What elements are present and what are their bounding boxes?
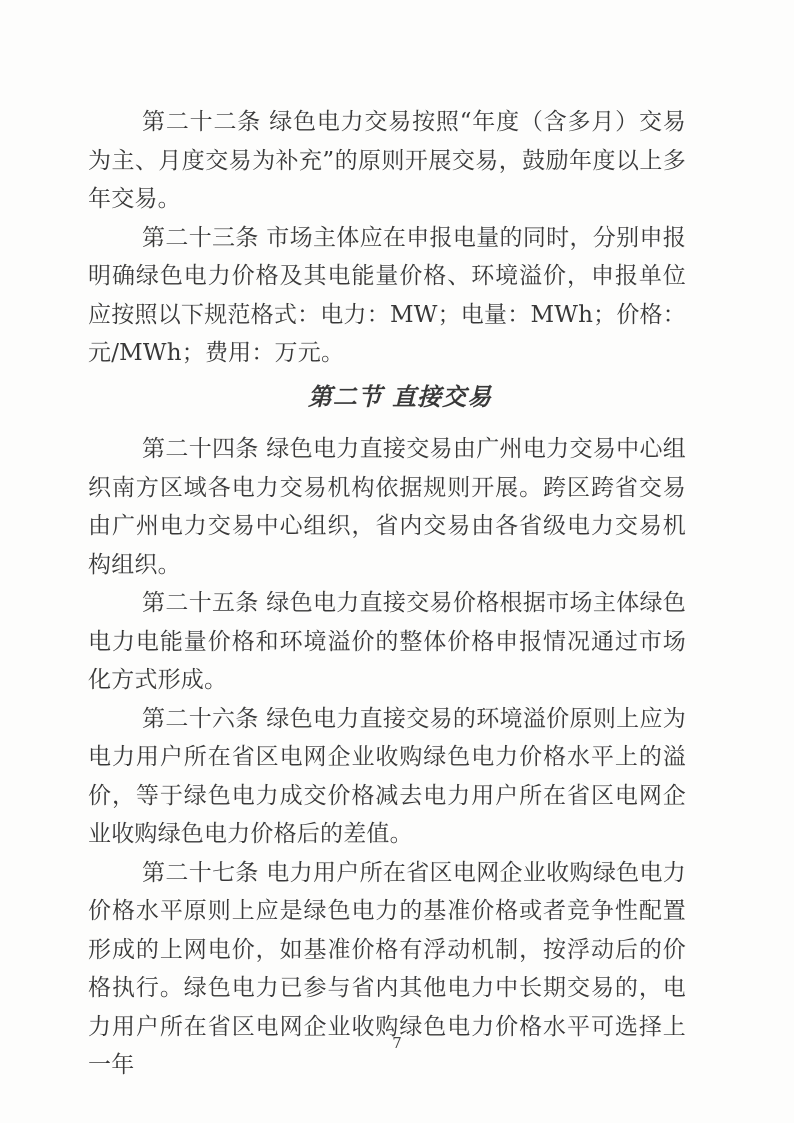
paragraph-article-25: 第二十五条 绿色电力直接交易价格根据市场主体绿色电力电能量价格和环境溢价的整体价… — [88, 584, 686, 700]
section-heading: 第二节 直接交易 — [88, 378, 686, 417]
document-page: 第二十二条 绿色电力交易按照“年度（含多月）交易为主、月度交易为补充”的原则开展… — [0, 0, 794, 1123]
paragraph-article-23: 第二十三条 市场主体应在申报电量的同时，分别申报明确绿色电力价格及其电能量价格、… — [88, 219, 686, 373]
page-content: 第二十二条 绿色电力交易按照“年度（含多月）交易为主、月度交易为补充”的原则开展… — [88, 103, 686, 1085]
page-number: 7 — [0, 1034, 794, 1052]
paragraph-article-22: 第二十二条 绿色电力交易按照“年度（含多月）交易为主、月度交易为补充”的原则开展… — [88, 103, 686, 219]
paragraph-article-24: 第二十四条 绿色电力直接交易由广州电力交易中心组织南方区域各电力交易机构依据规则… — [88, 430, 686, 584]
paragraph-article-26: 第二十六条 绿色电力直接交易的环境溢价原则上应为电力用户所在省区电网企业收购绿色… — [88, 700, 686, 854]
